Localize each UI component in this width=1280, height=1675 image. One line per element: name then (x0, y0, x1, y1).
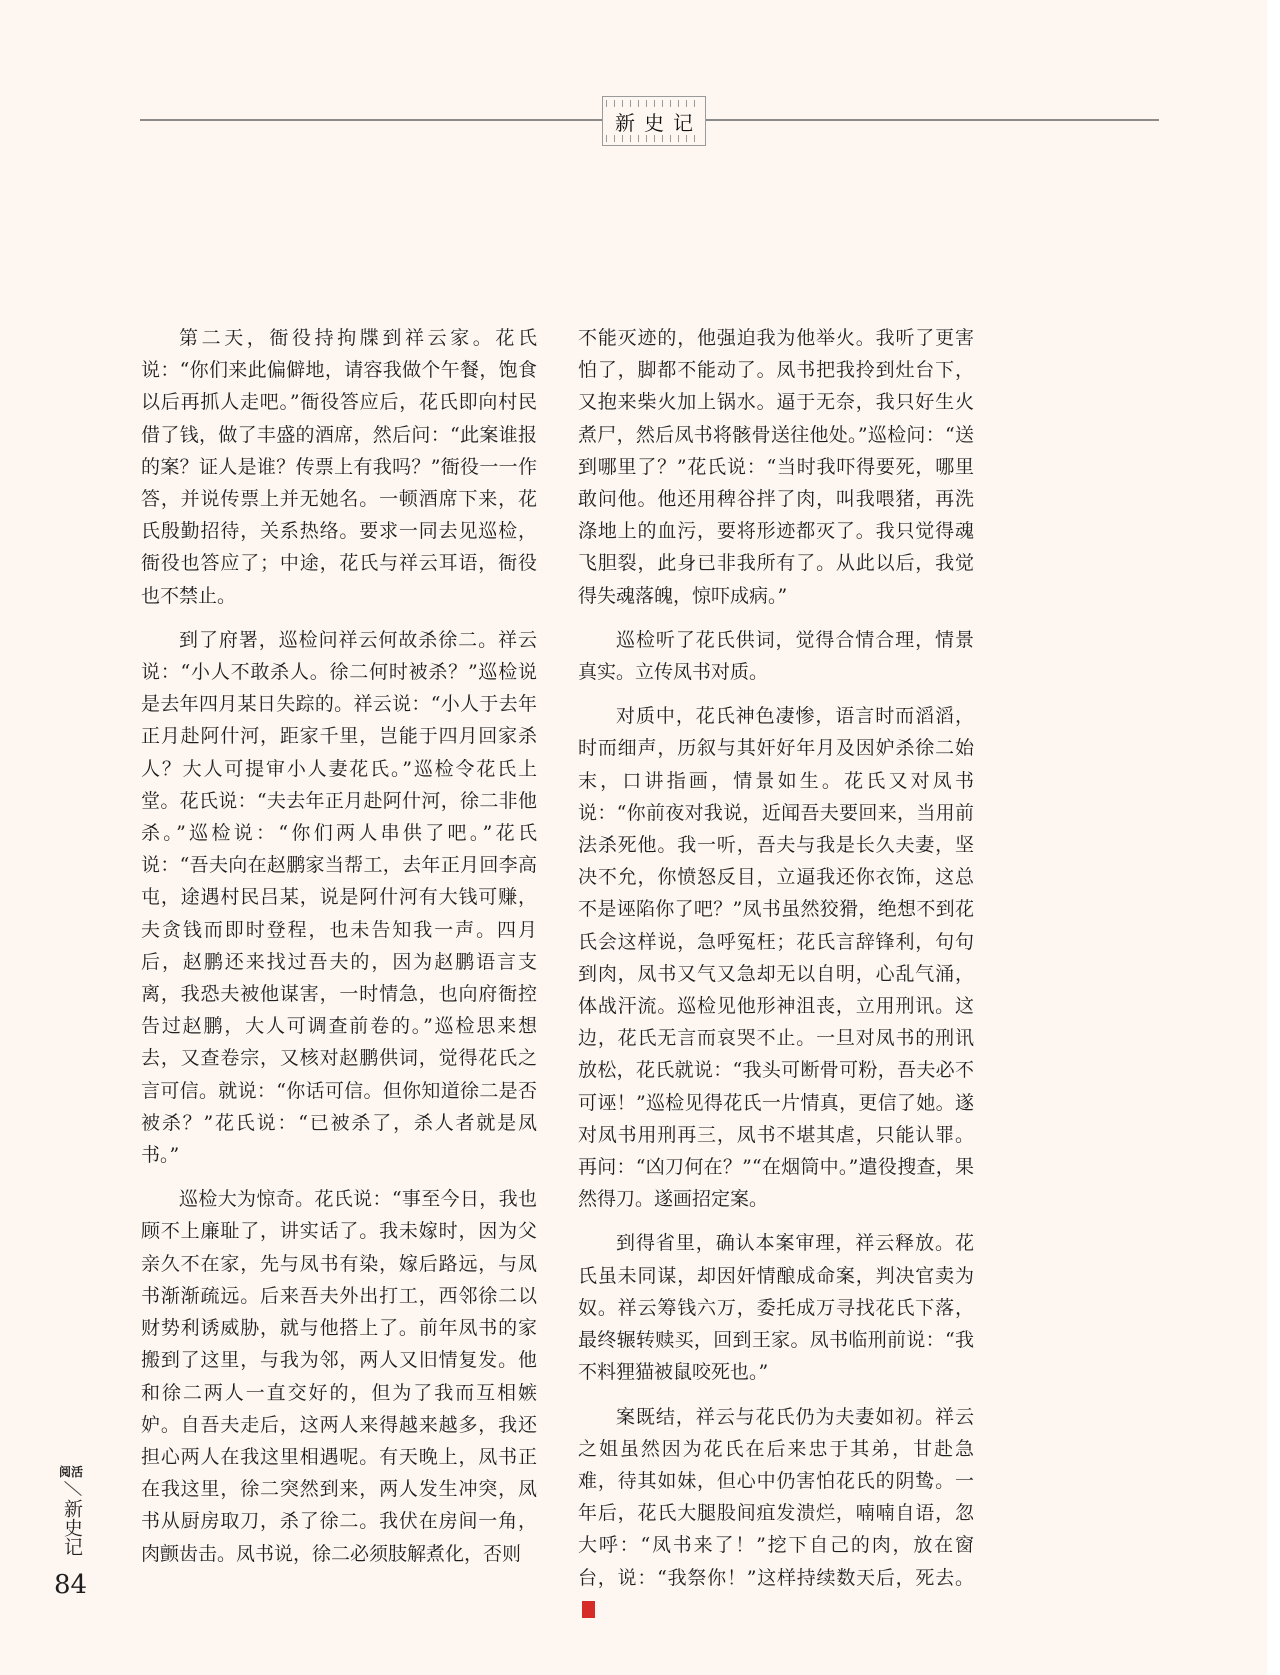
paragraph: 到了府署，巡检问祥云何故杀徐二。祥云说：“小人不敢杀人。徐二何时被杀？”巡检说是… (141, 624, 537, 1171)
magazine-name: 阅活 (58, 1466, 84, 1479)
paragraph-continued: 不能灭迹的，他强迫我为他举火。我听了更害怕了，脚都不能动了。凤书把我拎到灶台下，… (578, 322, 974, 612)
header-rule-left (140, 119, 602, 121)
paragraph-text: 案既结，祥云与花氏仍为夫妻如初。祥云之姐虽然因为花氏在后来忠于其弟，甘赴急难，待… (578, 1406, 974, 1589)
paragraph: 对质中，花氏神色凄惨，语言时而滔滔，时而细声，历叙与其奸好年月及因妒杀徐二始末，… (578, 700, 974, 1215)
section-title-badge: 新史记 (602, 96, 706, 146)
paragraph: 巡检大为惊奇。花氏说：“事至今日，我也顾不上廉耻了，讲实话了。我未嫁时，因为父亲… (141, 1183, 537, 1569)
slash-divider (58, 1479, 84, 1499)
final-paragraph: 案既结，祥云与花氏仍为夫妻如初。祥云之姐虽然因为花氏在后来忠于其弟，甘赴急难，待… (578, 1401, 974, 1626)
paragraph: 到得省里，确认本案审理，祥云释放。花氏虽未同谋，却因奸情酿成命案，判决官卖为奴。… (578, 1227, 974, 1388)
badge-ticks-bottom (606, 135, 702, 142)
header-rule-right (706, 119, 1159, 121)
article-column-left: 第二天，衙役持拘牒到祥云家。花氏说：“你们来此偏僻地，请容我做个午餐，饱食以后再… (141, 322, 537, 1582)
paragraph: 第二天，衙役持拘牒到祥云家。花氏说：“你们来此偏僻地，请容我做个午餐，饱食以后再… (141, 322, 537, 612)
article-column-right: 不能灭迹的，他强迫我为他举火。我听了更害怕了，脚都不能动了。凤书把我拎到灶台下，… (578, 322, 974, 1638)
magazine-page: 新史记 第二天，衙役持拘牒到祥云家。花氏说：“你们来此偏僻地，请容我做个午餐，饱… (0, 0, 1267, 1675)
page-footer-sidebar: 阅活 新史记 84 (58, 1466, 84, 1600)
column-name-text: 新史记 (58, 1499, 85, 1556)
badge-ticks-top (606, 100, 702, 107)
page-number: 84 (54, 1570, 84, 1600)
column-name: 新史记 (58, 1499, 84, 1564)
paragraph: 巡检听了花氏供词，觉得合情合理，情景真实。立传凤书对质。 (578, 624, 974, 688)
section-title: 新史记 (606, 107, 702, 136)
end-mark-icon (582, 1601, 595, 1618)
